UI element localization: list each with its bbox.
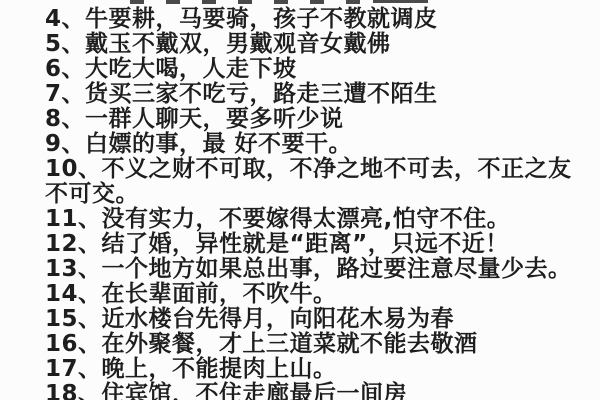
list-item: 4、牛要耕，马要骑，孩子不教就调皮 xyxy=(45,7,578,32)
list-item: 16、在外聚餐，才上三道菜就不能去敬酒 xyxy=(45,332,578,357)
list-item: 11、没有实力，不要嫁得太漂亮,怕守不住。 xyxy=(45,207,578,232)
list-item: 14、在长辈面前，不吹牛。 xyxy=(45,282,578,307)
screenshot-root: { "page": { "background_color": "#fcfcfc… xyxy=(0,0,600,400)
sayings-list: 4、牛要耕，马要骑，孩子不教就调皮 5、戴玉不戴双，男戴观音女戴佛 6、大吃大喝… xyxy=(0,7,600,400)
list-item: 10、不义之财不可取，不净之地不可去，不正之友不可交。 xyxy=(45,157,578,207)
list-item: 5、戴玉不戴双，男戴观音女戴佛 xyxy=(45,32,578,57)
cropped-line-remnant xyxy=(373,0,428,3)
list-item: 6、大吃大喝，人走下坡 xyxy=(45,57,578,82)
list-item: 12、结了婚，异性就是“距离”，只远不近！ xyxy=(45,232,578,257)
list-item: 9、白嫖的事，最 好不要干。 xyxy=(45,132,578,157)
document-page: 4、牛要耕，马要骑，孩子不教就调皮 5、戴玉不戴双，男戴观音女戴佛 6、大吃大喝… xyxy=(0,0,600,400)
list-item: 18、住宾馆，不住走廊最后一间房 xyxy=(45,382,578,400)
list-item: 13、一个地方如果总出事，路过要注意尽量少去。 xyxy=(45,257,578,282)
list-item: 17、晚上，不能提肉上山。 xyxy=(45,357,578,382)
list-item: 7、货买三家不吃亏，路走三遭不陌生 xyxy=(45,82,578,107)
cropped-line-remnant xyxy=(130,0,370,4)
list-item: 15、近水楼台先得月，向阳花木易为春 xyxy=(45,307,578,332)
list-item: 8、一群人聊天，要多听少说 xyxy=(45,107,578,132)
